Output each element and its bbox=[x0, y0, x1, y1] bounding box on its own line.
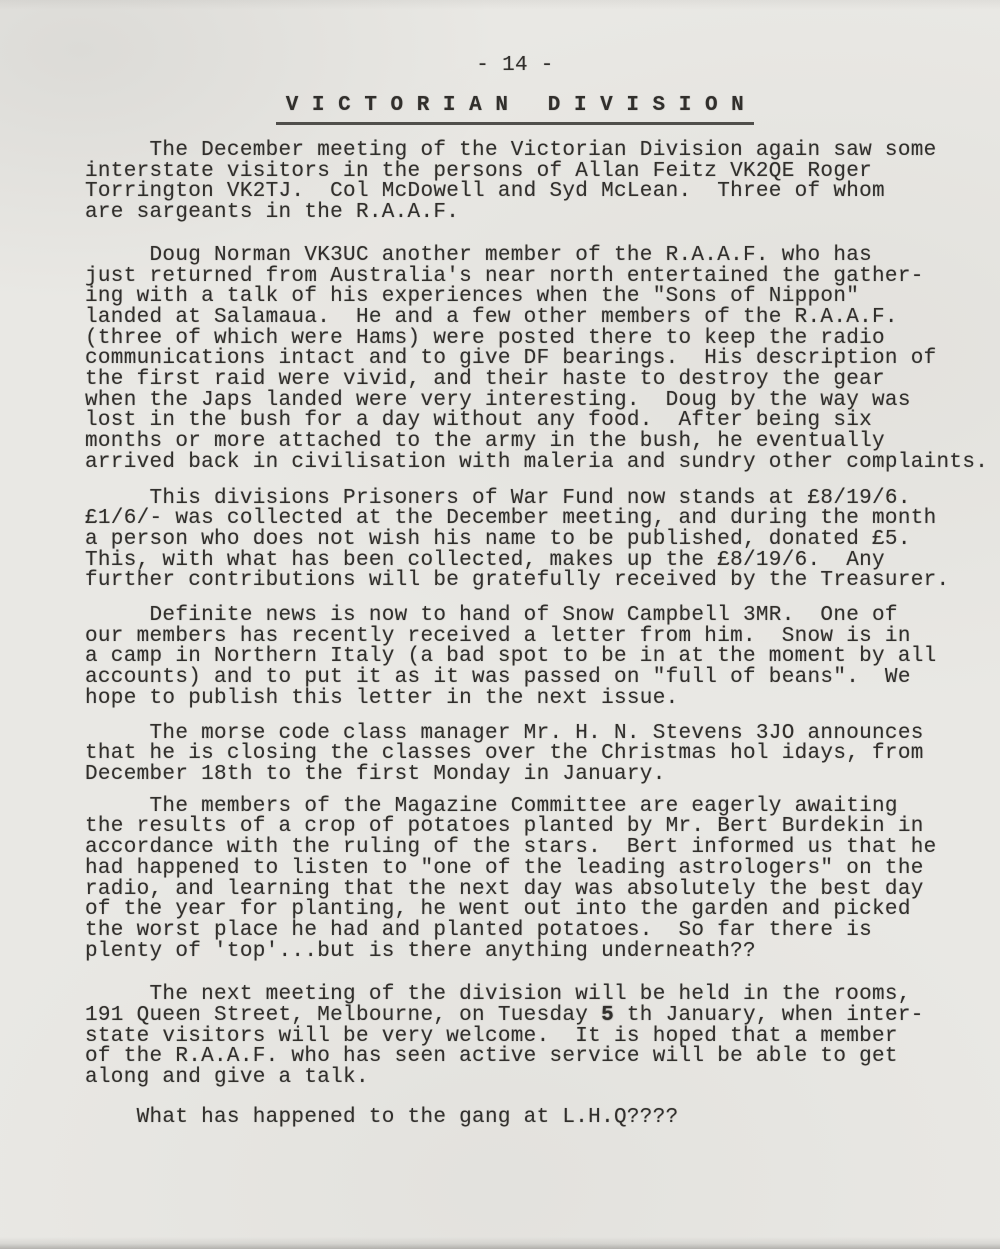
text-line: the first raid were vivid, and their has… bbox=[85, 370, 945, 391]
text-line: plenty of 'top'...but is there anything … bbox=[85, 942, 945, 963]
text-line: hope to publish this letter in the next … bbox=[85, 689, 945, 710]
paragraph: This divisions Prisoners of War Fund now… bbox=[85, 489, 945, 593]
page-content: - 14 - V I C T O R I A N D I V I S I O N… bbox=[0, 0, 1000, 1129]
text-line: What has happened to the gang at L.H.Q??… bbox=[85, 1108, 945, 1129]
text-line: months or more attached to the army in t… bbox=[85, 432, 945, 453]
text-line: ing with a talk of his experiences when … bbox=[85, 287, 945, 308]
paragraph: The members of the Magazine Committee ar… bbox=[85, 797, 945, 963]
text-line: had happened to listen to "one of the le… bbox=[85, 859, 945, 880]
text-line: that he is closing the classes over the … bbox=[85, 744, 945, 765]
page-number: - 14 - bbox=[85, 54, 945, 77]
scanned-page: - 14 - V I C T O R I A N D I V I S I O N… bbox=[0, 0, 1000, 1249]
paragraph: What has happened to the gang at L.H.Q??… bbox=[85, 1108, 945, 1129]
paragraph: Doug Norman VK3UC another member of the … bbox=[85, 246, 945, 474]
text-line: of the year for planting, he went out in… bbox=[85, 900, 945, 921]
paragraph: The morse code class manager Mr. H. N. S… bbox=[85, 724, 945, 786]
text-line: the results of a crop of potatoes plante… bbox=[85, 817, 945, 838]
section-title: V I C T O R I A N D I V I S I O N bbox=[276, 94, 755, 125]
paragraph: Definite news is now to hand of Snow Cam… bbox=[85, 606, 945, 710]
text-line: The next meeting of the division will be… bbox=[85, 985, 945, 1006]
text-line: a person who does not wish his name to b… bbox=[85, 530, 945, 551]
document-body: The December meeting of the Victorian Di… bbox=[85, 141, 945, 1129]
page-bottom-edge-shadow bbox=[0, 1237, 1000, 1249]
paragraph: The December meeting of the Victorian Di… bbox=[85, 141, 945, 224]
text-line: Torrington VK2TJ. Col McDowell and Syd M… bbox=[85, 182, 945, 203]
text-line: along and give a talk. bbox=[85, 1068, 945, 1089]
text-line: the worst place he had and planted potat… bbox=[85, 921, 945, 942]
text-line: Doug Norman VK3UC another member of the … bbox=[85, 246, 945, 267]
text-line: accounts) and to put it as it was passed… bbox=[85, 668, 945, 689]
text-line: arrived back in civilisation with maleri… bbox=[85, 453, 945, 474]
text-line: communications intact and to give DF bea… bbox=[85, 349, 945, 370]
text-line: £1/6/- was collected at the December mee… bbox=[85, 509, 945, 530]
title-container: V I C T O R I A N D I V I S I O N bbox=[85, 94, 945, 125]
text-line: 191 Queen Street, Melbourne, on Tuesday … bbox=[85, 1006, 945, 1027]
paragraph: The next meeting of the division will be… bbox=[85, 985, 945, 1089]
text-line: accordance with the ruling of the stars.… bbox=[85, 838, 945, 859]
text-line: further contributions will be gratefully… bbox=[85, 571, 945, 592]
text-line: are sargeants in the R.A.A.F. bbox=[85, 203, 945, 224]
text-line: The December meeting of the Victorian Di… bbox=[85, 141, 945, 162]
text-line: Definite news is now to hand of Snow Cam… bbox=[85, 606, 945, 627]
text-line: landed at Salamaua. He and a few other m… bbox=[85, 308, 945, 329]
text-line: December 18th to the first Monday in Jan… bbox=[85, 765, 945, 786]
